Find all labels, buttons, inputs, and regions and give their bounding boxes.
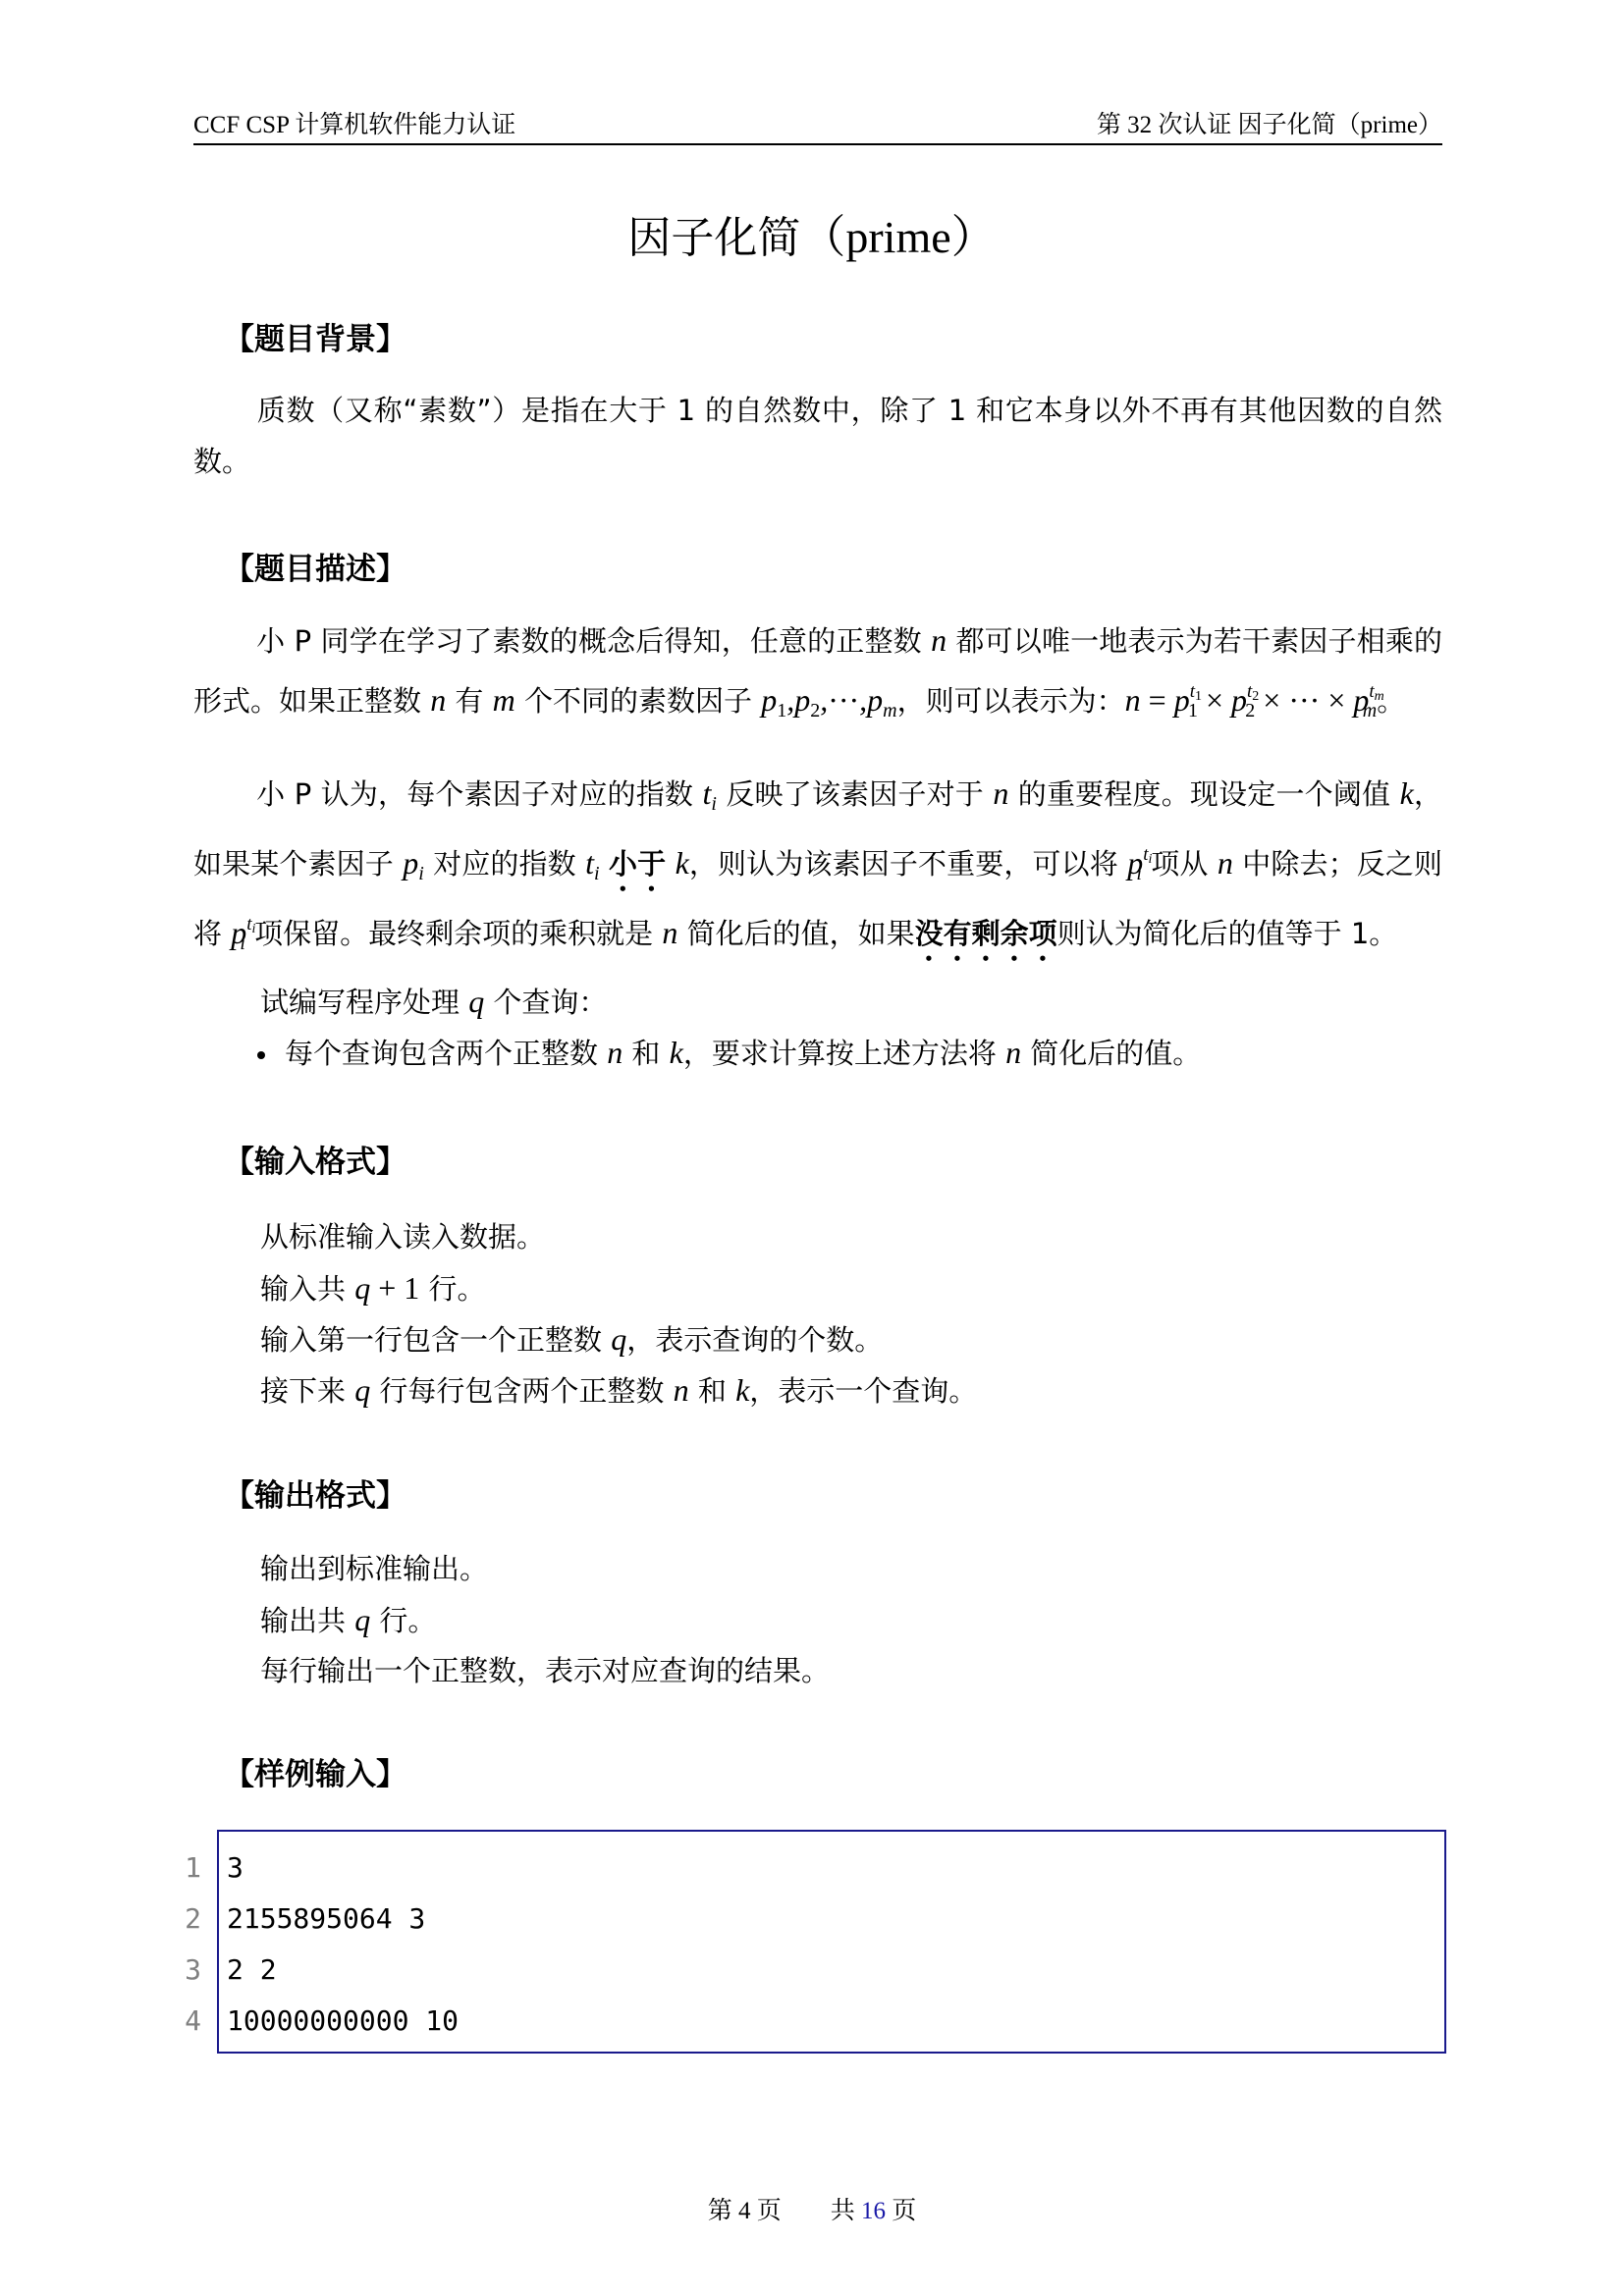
code-line: 3 <box>227 1848 244 1888</box>
text: 每个查询包含两个正整数 <box>285 1037 607 1070</box>
text: 。 <box>1377 684 1405 718</box>
header-left-title: CCF CSP 计算机软件能力认证 <box>193 110 515 141</box>
math-m: m <box>493 682 515 718</box>
math-n: n <box>662 915 677 950</box>
text: 项保留。最终剩余项的乘积就是 <box>245 917 662 950</box>
text: 有 <box>446 684 492 718</box>
output-format-line-1: 输出到标准输出。 <box>260 1549 488 1588</box>
section-heading-output-format: 【输出格式】 <box>224 1476 406 1516</box>
math-q: q <box>611 1321 626 1357</box>
page-header: CCF CSP 计算机软件能力认证 第 32 次认证 因子化简（prime） <box>193 110 1442 145</box>
description-paragraph-2: 小 P 认为，每个素因子对应的指数 ti 反映了该素因子对于 n 的重要程度。现… <box>193 768 1442 969</box>
code-line: 2 2 <box>227 1950 277 1990</box>
title-chinese: 因子化简 <box>627 213 800 263</box>
math-k: k <box>1400 775 1414 811</box>
text: 小 P 认为，每个素因子对应的指数 <box>256 777 702 811</box>
text: 则认为简化后的值等于 1。 <box>1057 917 1398 950</box>
text: 简化后的值。 <box>1021 1037 1201 1070</box>
section-heading-input-format: 【输入格式】 <box>224 1143 406 1182</box>
text: ，表示一个查询。 <box>749 1374 977 1408</box>
background-text: 质数（又称“素数”）是指在大于 1 的自然数中，除了 1 和它本身以外不再有其他… <box>193 394 1442 478</box>
text: 行。 <box>419 1272 485 1306</box>
math-p-i: pi <box>403 845 424 881</box>
math-q: q <box>354 1372 370 1408</box>
text: 第 <box>708 2198 732 2224</box>
text: 试编写程序处理 <box>260 986 468 1019</box>
bullet-icon <box>257 1051 265 1059</box>
bullet-item: 每个查询包含两个正整数 n 和 k，要求计算按上述方法将 n 简化后的值。 <box>259 1033 1201 1073</box>
text: 小 P 同学在学习了素数的概念后得知，任意的正整数 <box>256 624 931 658</box>
text: 输入第一行包含一个正整数 <box>260 1323 611 1357</box>
text: 行。 <box>370 1604 436 1637</box>
text: 项从 <box>1142 847 1218 881</box>
section-heading-sample-input: 【样例输入】 <box>224 1755 406 1794</box>
math-n: n <box>674 1372 689 1408</box>
math-n: n <box>993 775 1008 811</box>
description-paragraph-3: 试编写程序处理 q 个查询： <box>260 982 607 1022</box>
math-n: n <box>931 622 947 658</box>
text: 对应的指数 <box>424 847 585 881</box>
text: 个查询： <box>484 986 607 1019</box>
page-footer: 第 4 页共 16 页 <box>0 2196 1624 2227</box>
math-t-i: ti <box>585 845 599 881</box>
math-t-i: ti <box>702 775 716 811</box>
math-k: k <box>676 845 689 881</box>
math-p-i-power-t-i: ptii <box>1127 845 1142 881</box>
math-n: n <box>430 682 446 718</box>
text: 简化后的值，如果 <box>677 917 914 950</box>
math-q: q <box>468 984 484 1019</box>
text: 反映了该素因子对于 <box>717 777 993 811</box>
code-line: 2155895064 3 <box>227 1899 425 1939</box>
emphasis-no-remaining-terms: 没有剩余项 <box>915 917 1057 950</box>
text: 的重要程度。现设定一个阈值 <box>1008 777 1399 811</box>
text: ，表示查询的个数。 <box>626 1323 883 1357</box>
output-format-line-3: 每行输出一个正整数，表示对应查询的结果。 <box>260 1651 830 1690</box>
text: 共 <box>831 2198 855 2224</box>
page-title: 因子化简（prime） <box>0 208 1624 268</box>
code-line: 10000000000 10 <box>227 2002 459 2041</box>
text: 行每行包含两个正整数 <box>370 1374 673 1408</box>
math-factor-list: p1,p2,···,pm <box>761 682 896 718</box>
input-format-line-2: 输入共 q + 1 行。 <box>260 1268 485 1308</box>
line-number: 3 <box>180 1950 201 1990</box>
input-format-line-4: 接下来 q 行每行包含两个正整数 n 和 k，表示一个查询。 <box>260 1370 977 1411</box>
text: ，则认为该素因子不重要，可以将 <box>689 847 1127 881</box>
input-format-line-3: 输入第一行包含一个正整数 q，表示查询的个数。 <box>260 1319 883 1360</box>
text: 接下来 <box>260 1374 354 1408</box>
text: 和 <box>623 1037 669 1070</box>
output-format-line-2: 输出共 q 行。 <box>260 1600 436 1640</box>
math-p-i-power-t-i: ptii <box>231 915 245 950</box>
text: 个不同的素数因子 <box>515 684 761 718</box>
line-number: 2 <box>180 1899 201 1939</box>
text: 页 <box>892 2198 916 2224</box>
title-english: （prime） <box>800 212 996 262</box>
header-right-title: 第 32 次认证 因子化简（prime） <box>1097 110 1442 141</box>
text: ，则可以表示为： <box>897 684 1125 718</box>
text: 输入共 <box>260 1272 354 1306</box>
background-paragraph: 质数（又称“素数”）是指在大于 1 的自然数中，除了 1 和它本身以外不再有其他… <box>193 385 1442 487</box>
text: 输出共 <box>260 1604 354 1637</box>
text: ，要求计算按上述方法将 <box>683 1037 1005 1070</box>
math-k: k <box>670 1035 683 1070</box>
math-n: n <box>607 1035 623 1070</box>
text: 页 <box>757 2198 782 2224</box>
description-paragraph-1: 小 P 同学在学习了素数的概念后得知，任意的正整数 n 都可以唯一地表示为若干素… <box>193 614 1442 736</box>
math-k: k <box>735 1372 749 1408</box>
math-factorization-formula: n = pt11 × pt22 × ··· × ptmm <box>1125 682 1378 718</box>
section-heading-background: 【题目背景】 <box>224 320 406 359</box>
page-number: 4 <box>738 2198 751 2224</box>
section-heading-description: 【题目描述】 <box>224 550 406 589</box>
text: 和 <box>689 1374 735 1408</box>
math-n: n <box>1005 1035 1021 1070</box>
line-number: 4 <box>180 2002 201 2041</box>
emphasis-less-than: 小于 <box>609 847 666 881</box>
total-pages-link[interactable]: 16 <box>861 2198 886 2224</box>
math-q-plus-1: q + 1 <box>354 1270 419 1306</box>
line-number: 1 <box>180 1848 201 1888</box>
math-n: n <box>1218 845 1233 881</box>
input-format-line-1: 从标准输入读入数据。 <box>260 1217 545 1256</box>
math-q: q <box>354 1602 370 1637</box>
